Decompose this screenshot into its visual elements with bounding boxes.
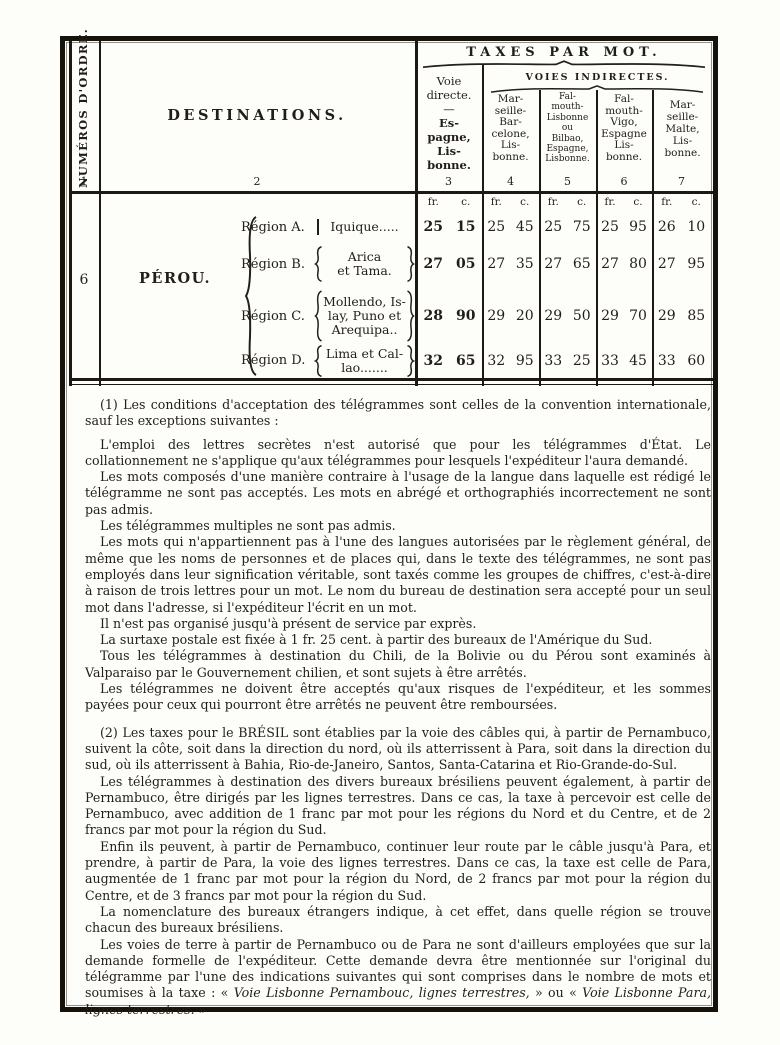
price-cell: 2515 xyxy=(417,213,482,241)
header-line: Espagne, xyxy=(541,144,594,154)
places-line: Arica xyxy=(323,250,406,264)
unit-row: fr.c. xyxy=(652,196,711,211)
header-line: bonne. xyxy=(654,147,711,159)
price-cell: 2765 xyxy=(539,241,596,287)
header-line: seille- xyxy=(654,111,711,123)
table-rule xyxy=(69,384,713,385)
price-cell: 3295 xyxy=(482,343,539,378)
price-cell: 2595 xyxy=(596,213,652,241)
curly-brace-icon xyxy=(406,290,415,342)
region-row-c: Région C. Mollendo, Is- lay, Puno et Are… xyxy=(239,287,415,345)
price-cell: 2735 xyxy=(482,241,539,287)
column-number: 1 xyxy=(69,175,99,188)
region-name: Région B. xyxy=(239,257,313,272)
header-line: bonne. xyxy=(598,152,650,164)
header-line: Fal- xyxy=(598,94,650,106)
region-places: Arica et Tama. xyxy=(323,250,406,278)
unit-row: fr.c. xyxy=(596,196,652,211)
header-line: Lisbonne. xyxy=(541,154,594,164)
places-line: Arequipa.. xyxy=(323,323,406,337)
tariff-table: TAXES PAR MOT. VOIES INDIRECTES. NUMÉROS… xyxy=(69,41,713,386)
price-cell: 2920 xyxy=(482,287,539,345)
note-paragraph: Les mots composés d'une manière contrair… xyxy=(85,469,711,518)
footnotes: (1) Les conditions d'acceptation des tél… xyxy=(85,397,711,1018)
note-paragraph: Les voies de terre à partir de Pernambuc… xyxy=(85,937,711,1018)
price-row-b: 2705 2735 2765 2780 2795 xyxy=(417,241,713,287)
column-header-marseille-malte: Mar- seille- Malte, Lis- bonne. xyxy=(654,99,711,159)
header-line: Lis- xyxy=(417,144,481,158)
price-cell: 2970 xyxy=(596,287,652,345)
divider-bar xyxy=(313,219,323,235)
unit-fr: fr. xyxy=(539,196,568,211)
note-paragraph: La surtaxe postale est fixée à 1 fr. 25 … xyxy=(85,632,711,648)
column-number: 3 xyxy=(415,175,482,188)
column-header-destinations: DESTINATIONS. xyxy=(99,107,415,124)
header-line: Bilbao, xyxy=(541,134,594,144)
price-cell: 3345 xyxy=(596,343,652,378)
note-paragraph: Les télégrammes à destination des divers… xyxy=(85,774,711,839)
places-line: Iquique..... xyxy=(323,220,406,234)
table-rule xyxy=(69,378,713,381)
price-row-c: 2890 2920 2950 2970 2985 xyxy=(417,287,713,345)
unit-c: c. xyxy=(511,196,540,211)
document-page: TAXES PAR MOT. VOIES INDIRECTES. NUMÉROS… xyxy=(0,0,780,1045)
unit-c: c. xyxy=(568,196,597,211)
header-line: directe. xyxy=(417,88,481,102)
curly-brace-icon xyxy=(406,246,415,282)
price-cell: 2705 xyxy=(417,241,482,287)
column-number: 5 xyxy=(539,175,596,188)
price-cell: 2780 xyxy=(596,241,652,287)
places-line: lay, Puno et xyxy=(323,309,406,323)
table-rule xyxy=(69,191,713,194)
unit-fr: fr. xyxy=(417,196,450,211)
note-text: » xyxy=(195,1002,207,1017)
table-title: TAXES PAR MOT. xyxy=(415,45,713,60)
curly-brace-icon xyxy=(313,246,323,282)
header-line: Fal- xyxy=(541,92,594,102)
header-line: Mar- xyxy=(484,94,537,106)
unit-fr: fr. xyxy=(652,196,682,211)
curly-brace-icon xyxy=(313,345,323,377)
unit-c: c. xyxy=(682,196,712,211)
column-header-falmouth-lisbonne: Fal- mouth- Lisbonne ou Bilbao, Espagne,… xyxy=(541,92,594,165)
region-places: Mollendo, Is- lay, Puno et Arequipa.. xyxy=(323,295,406,336)
note-paragraph: Les mots qui n'appartiennent pas à l'une… xyxy=(85,534,711,615)
price-cell: 2610 xyxy=(652,213,711,241)
price-cell: 2545 xyxy=(482,213,539,241)
brace-ornament xyxy=(421,60,707,68)
header-line: Mar- xyxy=(654,99,711,111)
column-header-numeros-ordre: NUMÉROS D'ORDRE. xyxy=(76,40,92,188)
column-number: 2 xyxy=(99,175,415,188)
page-frame: TAXES PAR MOT. VOIES INDIRECTES. NUMÉROS… xyxy=(60,36,718,1012)
unit-c: c. xyxy=(450,196,483,211)
price-cell: 2950 xyxy=(539,287,596,345)
header-line: Es- xyxy=(417,116,481,130)
unit-c: c. xyxy=(624,196,652,211)
region-name: Région C. xyxy=(239,309,313,324)
column-header-voie-directe: Voie directe. — Es- pagne, Lis- bonne. xyxy=(417,74,481,172)
price-cell: 2985 xyxy=(652,287,711,345)
country-name: PÉROU. xyxy=(125,270,225,287)
order-number: 6 xyxy=(69,272,99,288)
table-rule xyxy=(99,41,101,386)
unit-fr: fr. xyxy=(482,196,511,211)
header-line: bonne. xyxy=(417,158,481,172)
header-line: ou xyxy=(541,123,594,133)
brace-ornament xyxy=(489,85,705,93)
price-cell: 3360 xyxy=(652,343,711,378)
header-line: pagne, xyxy=(417,130,481,144)
note-paragraph: Les télégrammes multiples ne sont pas ad… xyxy=(85,518,711,534)
price-row-d: 3265 3295 3325 3345 3360 xyxy=(417,343,713,378)
note-paragraph: (2) Les taxes pour le BRÉSIL sont établi… xyxy=(85,725,711,774)
voies-indirectes-label: VOIES INDIRECTES. xyxy=(482,72,713,83)
header-line: mouth- xyxy=(541,102,594,112)
region-name: Région A. xyxy=(239,220,313,235)
header-line: — xyxy=(417,102,481,116)
column-header-marseille-barcelone: Mar- seille- Bar- celone, Lis- bonne. xyxy=(484,94,537,164)
column-number: 6 xyxy=(596,175,652,188)
price-cell: 2890 xyxy=(417,287,482,345)
region-name: Région D. xyxy=(239,353,313,368)
curly-brace-icon xyxy=(313,290,323,342)
table-rule xyxy=(69,41,72,386)
header-line: bonne. xyxy=(484,152,537,164)
unit-fr: fr. xyxy=(596,196,624,211)
note-paragraph: Enfin ils peuvent, à partir de Pernambuc… xyxy=(85,839,711,904)
price-cell: 3325 xyxy=(539,343,596,378)
note-paragraph: L'emploi des lettres secrètes n'est auto… xyxy=(85,437,711,470)
note-text: » ou « xyxy=(530,985,583,1000)
unit-row: fr.c. xyxy=(417,196,482,211)
region-places: Iquique..... xyxy=(323,220,406,234)
note-paragraph: Tous les télégrammes à destination du Ch… xyxy=(85,648,711,681)
note-paragraph: Les télégrammes ne doivent être acceptés… xyxy=(85,681,711,714)
curly-brace-icon xyxy=(406,345,415,377)
header-line: Malte, xyxy=(654,123,711,135)
price-row-a: 2515 2545 2575 2595 2610 xyxy=(417,213,713,241)
region-row-b: Région B. Arica et Tama. xyxy=(239,241,415,287)
places-line: lao....... xyxy=(323,361,406,375)
route-indication: Voie Lisbonne Pernambouc, lignes terrest… xyxy=(234,985,530,1000)
price-cell: 3265 xyxy=(417,343,482,378)
header-line: Lis- xyxy=(654,135,711,147)
column-header-falmouth-vigo: Fal- mouth- Vigo, Espagne Lis- bonne. xyxy=(598,94,650,164)
note-paragraph: Il n'est pas organisé jusqu'à présent de… xyxy=(85,616,711,632)
places-line: et Tama. xyxy=(323,264,406,278)
note-paragraph: (1) Les conditions d'acceptation des tél… xyxy=(85,397,711,430)
region-row-d: Région D. Lima et Cal- lao....... xyxy=(239,343,415,378)
price-cell: 2795 xyxy=(652,241,711,287)
note-paragraph: La nomenclature des bureaux étrangers in… xyxy=(85,904,711,937)
price-cell: 2575 xyxy=(539,213,596,241)
header-line: Lisbonne xyxy=(541,113,594,123)
header-line: Voie xyxy=(417,74,481,88)
places-line: Lima et Cal- xyxy=(323,347,406,361)
region-places: Lima et Cal- lao....... xyxy=(323,347,406,375)
column-number: 7 xyxy=(652,175,711,188)
unit-row: fr.c. xyxy=(539,196,596,211)
unit-row: fr.c. xyxy=(482,196,539,211)
region-row-a: Région A. Iquique..... xyxy=(239,213,415,241)
column-number: 4 xyxy=(482,175,539,188)
places-line: Mollendo, Is- xyxy=(323,295,406,309)
